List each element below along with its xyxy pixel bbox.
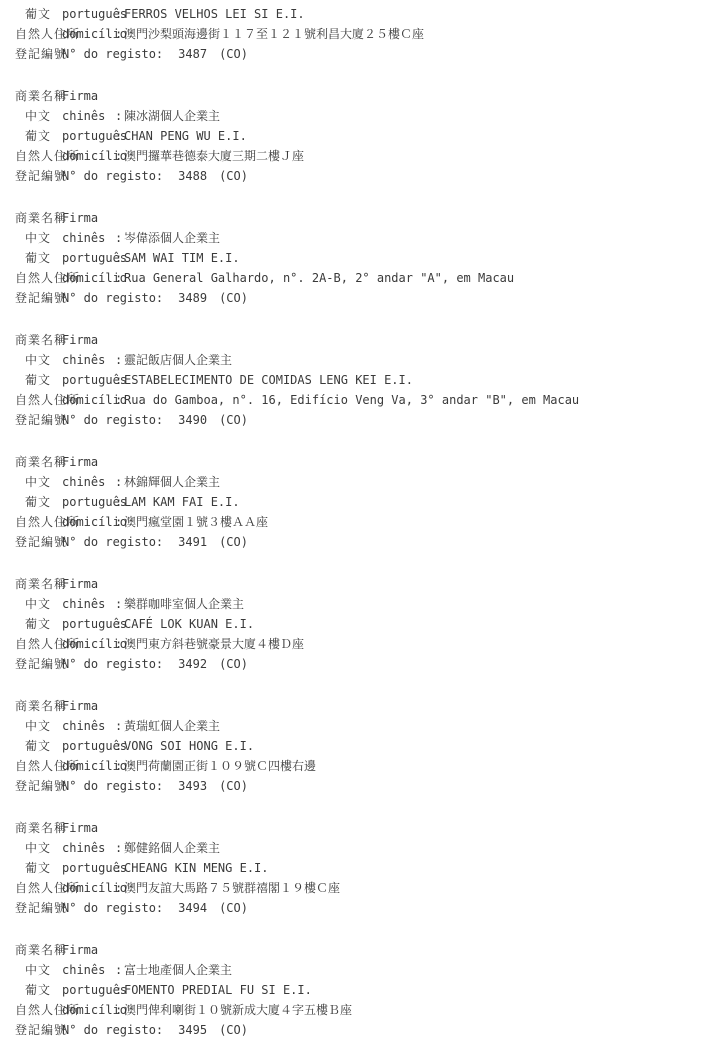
portuguese-name-value: CHAN PENG WU E.I. bbox=[124, 126, 247, 146]
domicile-value: Rua do Gamboa, n°. 16, Edifício Veng Va,… bbox=[124, 390, 579, 410]
registration-number: 3491 bbox=[178, 532, 207, 552]
gazette-page: 葡文 português : FERROS VELHOS LEI SI E.I.… bbox=[0, 0, 705, 1040]
portuguese-label-pt: português bbox=[62, 736, 115, 756]
chinese-name-line: 中文 chinês : 岑偉添個人企業主 bbox=[0, 228, 705, 248]
portuguese-name-line: 葡文 português : CHAN PENG WU E.I. bbox=[0, 126, 705, 146]
firma-label-zh: 商業名稱 bbox=[15, 940, 62, 960]
colon: : bbox=[115, 472, 124, 492]
registration-label-pt: N° do registo: bbox=[62, 1020, 163, 1040]
firma-header-line: 商業名稱 Firma bbox=[0, 696, 705, 716]
chinese-name-line: 中文 chinês : 富士地產個人企業主 bbox=[0, 960, 705, 980]
registration-line: 登記編號 N° do registo: 3491 (CO) bbox=[0, 532, 705, 552]
domicile-line: 自然人住所 domicílio : 澳門荷蘭園正街１０９號Ｃ四樓右邊 bbox=[0, 756, 705, 776]
chinese-label-zh: 中文 bbox=[25, 716, 62, 736]
portuguese-name-value: VONG SOI HONG E.I. bbox=[124, 736, 254, 756]
registration-label-pt: N° do registo: bbox=[62, 898, 163, 918]
colon: : bbox=[115, 126, 124, 146]
colon: : bbox=[115, 24, 124, 44]
registration-label-zh: 登記編號 bbox=[15, 1020, 62, 1040]
colon: : bbox=[115, 736, 124, 756]
chinese-label-zh: 中文 bbox=[25, 106, 62, 126]
chinese-name-line: 中文 chinês : 鄭健銘個人企業主 bbox=[0, 838, 705, 858]
portuguese-label-pt: português bbox=[62, 370, 115, 390]
portuguese-label-pt: português bbox=[62, 4, 115, 24]
portuguese-label-zh: 葡文 bbox=[25, 858, 62, 878]
portuguese-label-pt: português bbox=[62, 492, 115, 512]
domicile-line: 自然人住所 domicílio : 澳門友誼大馬路７５號群禧閣１９樓Ｃ座 bbox=[0, 878, 705, 898]
registration-suffix: (CO) bbox=[219, 166, 248, 186]
domicile-label-zh: 自然人住所 bbox=[15, 268, 62, 288]
registration-label-zh: 登記編號 bbox=[15, 166, 62, 186]
registration-label-zh: 登記編號 bbox=[15, 776, 62, 796]
domicile-label-pt: domicílio bbox=[62, 878, 115, 898]
chinese-label-pt: chinês bbox=[62, 106, 115, 126]
domicile-label-zh: 自然人住所 bbox=[15, 756, 62, 776]
registration-suffix: (CO) bbox=[219, 776, 248, 796]
portuguese-name-value: ESTABELECIMENTO DE COMIDAS LENG KEI E.I. bbox=[124, 370, 413, 390]
portuguese-name-line: 葡文 português : LAM KAM FAI E.I. bbox=[0, 492, 705, 512]
domicile-value: 澳門沙梨頭海邊街１１７至１２１號利昌大廈２５樓Ｃ座 bbox=[124, 24, 424, 44]
firma-header-line: 商業名稱 Firma bbox=[0, 86, 705, 106]
registration-label-zh: 登記編號 bbox=[15, 532, 62, 552]
domicile-label-zh: 自然人住所 bbox=[15, 512, 62, 532]
chinese-name-value: 富士地產個人企業主 bbox=[124, 960, 232, 980]
firma-header-line: 商業名稱 Firma bbox=[0, 452, 705, 472]
domicile-label-pt: domicílio bbox=[62, 1000, 115, 1020]
firma-label-zh: 商業名稱 bbox=[15, 818, 62, 838]
portuguese-name-value: SAM WAI TIM E.I. bbox=[124, 248, 240, 268]
portuguese-label-zh: 葡文 bbox=[25, 370, 62, 390]
chinese-name-value: 黃瑞虹個人企業主 bbox=[124, 716, 220, 736]
firma-label-pt: Firma bbox=[62, 452, 115, 472]
registration-number: 3492 bbox=[178, 654, 207, 674]
portuguese-label-pt: português bbox=[62, 980, 115, 1000]
registration-suffix: (CO) bbox=[219, 410, 248, 430]
domicile-line: 自然人住所 domicílio : 澳門攞華巷德泰大廈三期二樓Ｊ座 bbox=[0, 146, 705, 166]
registry-entry: 商業名稱 Firma 中文 chinês : 黃瑞虹個人企業主 葡文 portu… bbox=[0, 696, 705, 796]
firma-label-zh: 商業名稱 bbox=[15, 208, 62, 228]
colon: : bbox=[115, 594, 124, 614]
domicile-label-zh: 自然人住所 bbox=[15, 24, 62, 44]
portuguese-label-zh: 葡文 bbox=[25, 736, 62, 756]
registration-suffix: (CO) bbox=[219, 1020, 248, 1040]
firma-header-line: 商業名稱 Firma bbox=[0, 208, 705, 228]
portuguese-name-value: FERROS VELHOS LEI SI E.I. bbox=[124, 4, 305, 24]
portuguese-label-zh: 葡文 bbox=[25, 126, 62, 146]
firma-label-pt: Firma bbox=[62, 208, 115, 228]
firma-label-zh: 商業名稱 bbox=[15, 452, 62, 472]
colon: : bbox=[115, 858, 124, 878]
portuguese-label-pt: português bbox=[62, 248, 115, 268]
chinese-name-line: 中文 chinês : 林錦輝個人企業主 bbox=[0, 472, 705, 492]
registration-line: 登記編號 N° do registo: 3488 (CO) bbox=[0, 166, 705, 186]
registration-label-pt: N° do registo: bbox=[62, 532, 163, 552]
chinese-label-pt: chinês bbox=[62, 838, 115, 858]
registry-entry: 商業名稱 Firma 中文 chinês : 陳冰湖個人企業主 葡文 portu… bbox=[0, 86, 705, 186]
domicile-value: 澳門攞華巷德泰大廈三期二樓Ｊ座 bbox=[124, 146, 304, 166]
chinese-name-value: 岑偉添個人企業主 bbox=[124, 228, 220, 248]
registration-number: 3493 bbox=[178, 776, 207, 796]
chinese-label-pt: chinês bbox=[62, 350, 115, 370]
registration-number: 3495 bbox=[178, 1020, 207, 1040]
colon: : bbox=[115, 960, 124, 980]
registry-entry: 商業名稱 Firma 中文 chinês : 靈記飯店個人企業主 葡文 port… bbox=[0, 330, 705, 430]
chinese-name-line: 中文 chinês : 樂群咖啡室個人企業主 bbox=[0, 594, 705, 614]
portuguese-name-line: 葡文 português : ESTABELECIMENTO DE COMIDA… bbox=[0, 370, 705, 390]
registration-number: 3488 bbox=[178, 166, 207, 186]
domicile-line: 自然人住所 domicílio : 澳門東方斜巷號豪景大廈４樓Ｄ座 bbox=[0, 634, 705, 654]
registry-entry: 商業名稱 Firma 中文 chinês : 林錦輝個人企業主 葡文 portu… bbox=[0, 452, 705, 552]
registry-entry: 商業名稱 Firma 中文 chinês : 樂群咖啡室個人企業主 葡文 por… bbox=[0, 574, 705, 674]
registry-entry: 商業名稱 Firma 中文 chinês : 富士地產個人企業主 葡文 port… bbox=[0, 940, 705, 1040]
registration-line: 登記編號 N° do registo: 3487 (CO) bbox=[0, 44, 705, 64]
domicile-label-pt: domicílio bbox=[62, 146, 115, 166]
chinese-label-pt: chinês bbox=[62, 228, 115, 248]
registration-label-zh: 登記編號 bbox=[15, 898, 62, 918]
colon: : bbox=[115, 756, 124, 776]
firma-header-line: 商業名稱 Firma bbox=[0, 574, 705, 594]
registration-suffix: (CO) bbox=[219, 654, 248, 674]
chinese-label-pt: chinês bbox=[62, 960, 115, 980]
chinese-label-zh: 中文 bbox=[25, 960, 62, 980]
chinese-name-line: 中文 chinês : 黃瑞虹個人企業主 bbox=[0, 716, 705, 736]
domicile-label-zh: 自然人住所 bbox=[15, 146, 62, 166]
firma-label-pt: Firma bbox=[62, 86, 115, 106]
registration-number: 3489 bbox=[178, 288, 207, 308]
firma-label-zh: 商業名稱 bbox=[15, 574, 62, 594]
registration-line: 登記編號 N° do registo: 3494 (CO) bbox=[0, 898, 705, 918]
firma-label-zh: 商業名稱 bbox=[15, 330, 62, 350]
colon: : bbox=[115, 980, 124, 1000]
firma-label-zh: 商業名稱 bbox=[15, 86, 62, 106]
domicile-label-pt: domicílio bbox=[62, 756, 115, 776]
colon: : bbox=[115, 146, 124, 166]
chinese-label-zh: 中文 bbox=[25, 594, 62, 614]
chinese-label-zh: 中文 bbox=[25, 350, 62, 370]
portuguese-label-pt: português bbox=[62, 858, 115, 878]
registration-line: 登記編號 N° do registo: 3493 (CO) bbox=[0, 776, 705, 796]
portuguese-name-line: 葡文 português : CHEANG KIN MENG E.I. bbox=[0, 858, 705, 878]
registration-line: 登記編號 N° do registo: 3490 (CO) bbox=[0, 410, 705, 430]
chinese-name-value: 靈記飯店個人企業主 bbox=[124, 350, 232, 370]
colon: : bbox=[115, 4, 124, 24]
domicile-line: 自然人住所 domicílio : 澳門瘋堂園１號３樓ＡＡ座 bbox=[0, 512, 705, 532]
domicile-label-pt: domicílio bbox=[62, 634, 115, 654]
colon: : bbox=[115, 248, 124, 268]
domicile-line: 自然人住所 domicílio : 澳門沙梨頭海邊街１１７至１２１號利昌大廈２５… bbox=[0, 24, 705, 44]
domicile-line: 自然人住所 domicílio : Rua General Galhardo, … bbox=[0, 268, 705, 288]
chinese-name-value: 樂群咖啡室個人企業主 bbox=[124, 594, 244, 614]
colon: : bbox=[115, 634, 124, 654]
portuguese-name-line: 葡文 português : VONG SOI HONG E.I. bbox=[0, 736, 705, 756]
chinese-label-zh: 中文 bbox=[25, 838, 62, 858]
registration-suffix: (CO) bbox=[219, 898, 248, 918]
domicile-label-zh: 自然人住所 bbox=[15, 390, 62, 410]
domicile-label-pt: domicílio bbox=[62, 512, 115, 532]
firma-header-line: 商業名稱 Firma bbox=[0, 330, 705, 350]
chinese-name-value: 陳冰湖個人企業主 bbox=[124, 106, 220, 126]
registry-entry-partial: 葡文 português : FERROS VELHOS LEI SI E.I.… bbox=[0, 4, 705, 64]
registration-label-zh: 登記編號 bbox=[15, 410, 62, 430]
chinese-name-line: 中文 chinês : 陳冰湖個人企業主 bbox=[0, 106, 705, 126]
domicile-label-pt: domicílio bbox=[62, 268, 115, 288]
colon: : bbox=[115, 1000, 124, 1020]
portuguese-name-value: CAFÉ LOK KUAN E.I. bbox=[124, 614, 254, 634]
chinese-label-zh: 中文 bbox=[25, 472, 62, 492]
registration-number: 3487 bbox=[178, 44, 207, 64]
registration-suffix: (CO) bbox=[219, 532, 248, 552]
colon: : bbox=[115, 350, 124, 370]
portuguese-label-zh: 葡文 bbox=[25, 4, 62, 24]
firma-label-pt: Firma bbox=[62, 330, 115, 350]
registration-label-zh: 登記編號 bbox=[15, 288, 62, 308]
chinese-label-pt: chinês bbox=[62, 716, 115, 736]
portuguese-name-line: 葡文 português : SAM WAI TIM E.I. bbox=[0, 248, 705, 268]
domicile-value: Rua General Galhardo, n°. 2A-B, 2° andar… bbox=[124, 268, 514, 288]
domicile-value: 澳門友誼大馬路７５號群禧閣１９樓Ｃ座 bbox=[124, 878, 340, 898]
colon: : bbox=[115, 878, 124, 898]
registration-label-zh: 登記編號 bbox=[15, 654, 62, 674]
registration-label-zh: 登記編號 bbox=[15, 44, 62, 64]
registration-line: 登記編號 N° do registo: 3489 (CO) bbox=[0, 288, 705, 308]
domicile-label-zh: 自然人住所 bbox=[15, 1000, 62, 1020]
registry-entry: 商業名稱 Firma 中文 chinês : 岑偉添個人企業主 葡文 portu… bbox=[0, 208, 705, 308]
portuguese-label-pt: português bbox=[62, 126, 115, 146]
registration-label-pt: N° do registo: bbox=[62, 44, 163, 64]
firma-header-line: 商業名稱 Firma bbox=[0, 818, 705, 838]
portuguese-name-value: FOMENTO PREDIAL FU SI E.I. bbox=[124, 980, 312, 1000]
colon: : bbox=[115, 370, 124, 390]
domicile-value: 澳門東方斜巷號豪景大廈４樓Ｄ座 bbox=[124, 634, 304, 654]
portuguese-label-zh: 葡文 bbox=[25, 492, 62, 512]
firma-label-pt: Firma bbox=[62, 818, 115, 838]
colon: : bbox=[115, 390, 124, 410]
portuguese-name-line: 葡文 português : CAFÉ LOK KUAN E.I. bbox=[0, 614, 705, 634]
registration-line: 登記編號 N° do registo: 3492 (CO) bbox=[0, 654, 705, 674]
colon: : bbox=[115, 838, 124, 858]
registration-label-pt: N° do registo: bbox=[62, 776, 163, 796]
portuguese-label-pt: português bbox=[62, 614, 115, 634]
colon: : bbox=[115, 492, 124, 512]
portuguese-name-value: LAM KAM FAI E.I. bbox=[124, 492, 240, 512]
domicile-value: 澳門瘋堂園１號３樓ＡＡ座 bbox=[124, 512, 268, 532]
chinese-name-value: 林錦輝個人企業主 bbox=[124, 472, 220, 492]
chinese-label-zh: 中文 bbox=[25, 228, 62, 248]
domicile-label-zh: 自然人住所 bbox=[15, 878, 62, 898]
colon: : bbox=[115, 268, 124, 288]
colon: : bbox=[115, 106, 124, 126]
firma-label-pt: Firma bbox=[62, 696, 115, 716]
domicile-label-pt: domicílio bbox=[62, 390, 115, 410]
domicile-value: 澳門荷蘭園正街１０９號Ｃ四樓右邊 bbox=[124, 756, 316, 776]
portuguese-name-value: CHEANG KIN MENG E.I. bbox=[124, 858, 269, 878]
registration-label-pt: N° do registo: bbox=[62, 654, 163, 674]
chinese-label-pt: chinês bbox=[62, 594, 115, 614]
registration-label-pt: N° do registo: bbox=[62, 166, 163, 186]
domicile-label-zh: 自然人住所 bbox=[15, 634, 62, 654]
colon: : bbox=[115, 228, 124, 248]
portuguese-name-line: 葡文 português : FERROS VELHOS LEI SI E.I. bbox=[0, 4, 705, 24]
portuguese-label-zh: 葡文 bbox=[25, 248, 62, 268]
portuguese-name-line: 葡文 português : FOMENTO PREDIAL FU SI E.I… bbox=[0, 980, 705, 1000]
chinese-label-pt: chinês bbox=[62, 472, 115, 492]
firma-label-pt: Firma bbox=[62, 940, 115, 960]
portuguese-label-zh: 葡文 bbox=[25, 614, 62, 634]
firma-label-zh: 商業名稱 bbox=[15, 696, 62, 716]
colon: : bbox=[115, 614, 124, 634]
registration-number: 3490 bbox=[178, 410, 207, 430]
firma-header-line: 商業名稱 Firma bbox=[0, 940, 705, 960]
chinese-name-line: 中文 chinês : 靈記飯店個人企業主 bbox=[0, 350, 705, 370]
domicile-label-pt: domicílio bbox=[62, 24, 115, 44]
registry-entry: 商業名稱 Firma 中文 chinês : 鄭健銘個人企業主 葡文 portu… bbox=[0, 818, 705, 918]
registration-label-pt: N° do registo: bbox=[62, 288, 163, 308]
registration-number: 3494 bbox=[178, 898, 207, 918]
colon: : bbox=[115, 716, 124, 736]
portuguese-label-zh: 葡文 bbox=[25, 980, 62, 1000]
chinese-name-value: 鄭健銘個人企業主 bbox=[124, 838, 220, 858]
domicile-value: 澳門俾利喇街１０號新成大廈４字五樓Ｂ座 bbox=[124, 1000, 352, 1020]
firma-label-pt: Firma bbox=[62, 574, 115, 594]
registration-suffix: (CO) bbox=[219, 288, 248, 308]
colon: : bbox=[115, 512, 124, 532]
registration-suffix: (CO) bbox=[219, 44, 248, 64]
registration-label-pt: N° do registo: bbox=[62, 410, 163, 430]
domicile-line: 自然人住所 domicílio : Rua do Gamboa, n°. 16,… bbox=[0, 390, 705, 410]
registration-line: 登記編號 N° do registo: 3495 (CO) bbox=[0, 1020, 705, 1040]
domicile-line: 自然人住所 domicílio : 澳門俾利喇街１０號新成大廈４字五樓Ｂ座 bbox=[0, 1000, 705, 1020]
